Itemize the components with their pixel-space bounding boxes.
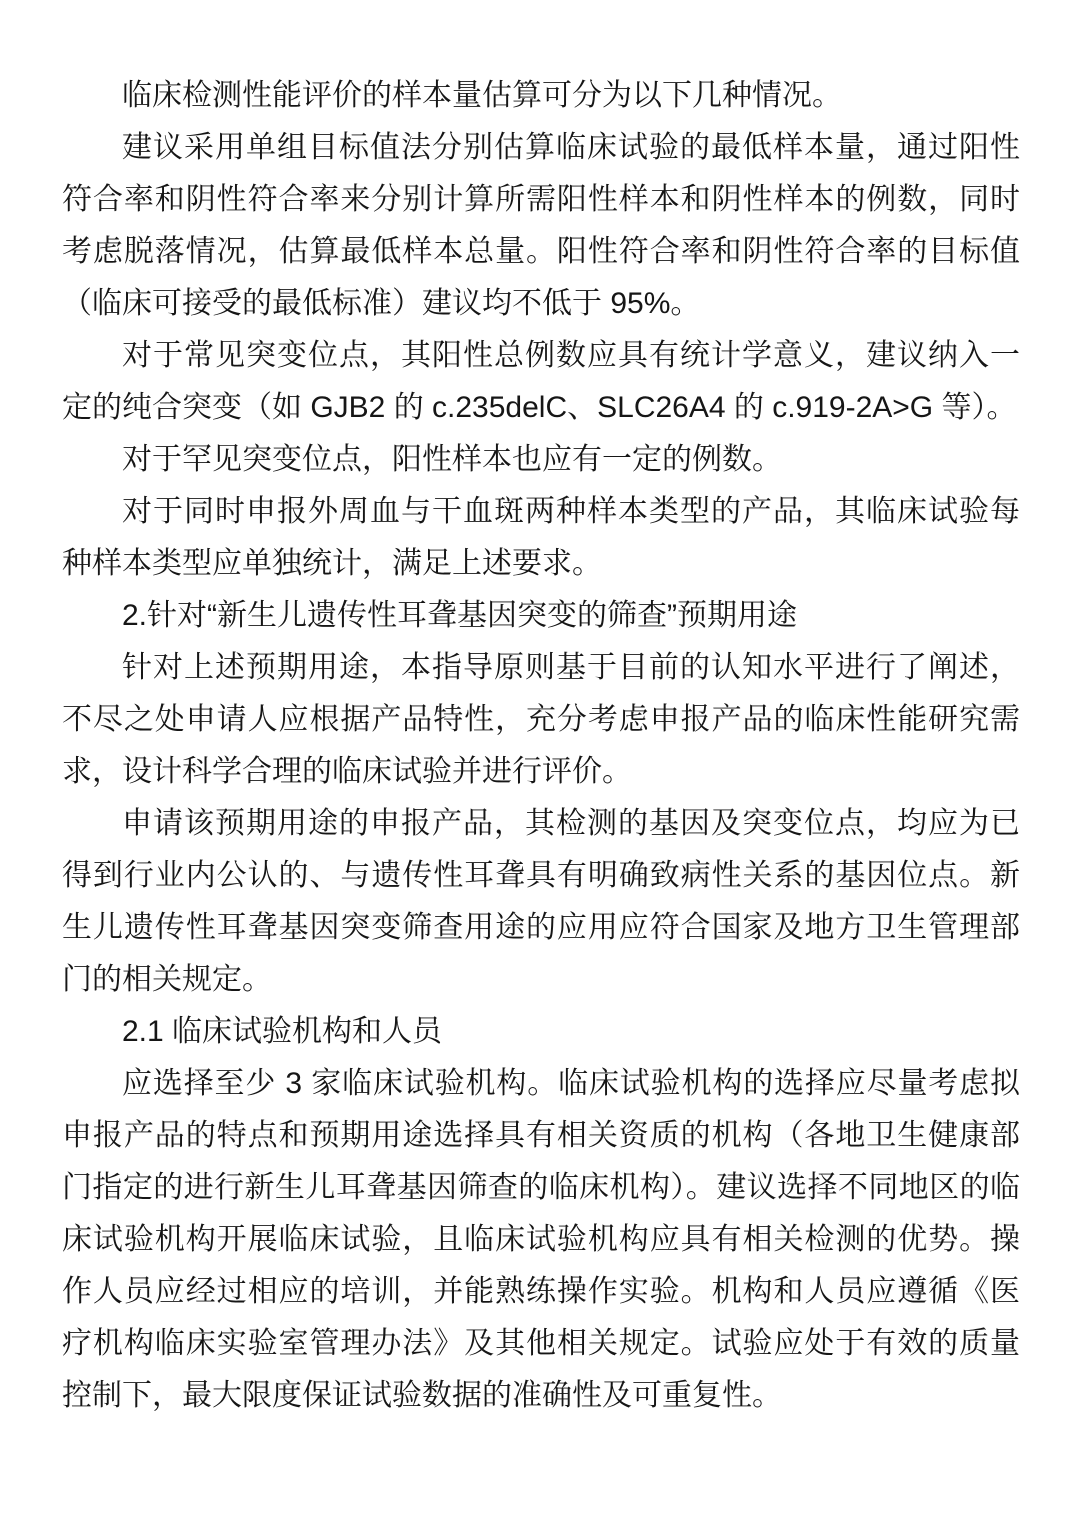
paragraph: 临床检测性能评价的样本量估算可分为以下几种情况。 [62, 70, 1020, 122]
paragraph: 针对上述预期用途，本指导原则基于目前的认知水平进行了阐述，不尽之处申请人应根据产… [62, 642, 1020, 798]
paragraph: 建议采用单组目标值法分别估算临床试验的最低样本量，通过阳性符合率和阴性符合率来分… [62, 122, 1020, 330]
paragraph: 对于常见突变位点，其阳性总例数应具有统计学意义，建议纳入一定的纯合突变（如 GJ… [62, 330, 1020, 434]
paragraph: 申请该预期用途的申报产品，其检测的基因及突变位点，均应为已得到行业内公认的、与遗… [62, 798, 1020, 1006]
paragraph: 对于罕见突变位点，阳性样本也应有一定的例数。 [62, 434, 1020, 486]
document-page: 临床检测性能评价的样本量估算可分为以下几种情况。建议采用单组目标值法分别估算临床… [0, 0, 1080, 1527]
paragraph: 应选择至少 3 家临床试验机构。临床试验机构的选择应尽量考虑拟申报产品的特点和预… [62, 1058, 1020, 1422]
section-heading: 2.针对“新生儿遗传性耳聋基因突变的筛查”预期用途 [62, 590, 1020, 642]
subsection-heading: 2.1 临床试验机构和人员 [62, 1006, 1020, 1058]
document-body: 临床检测性能评价的样本量估算可分为以下几种情况。建议采用单组目标值法分别估算临床… [62, 70, 1020, 1422]
paragraph: 对于同时申报外周血与干血斑两种样本类型的产品，其临床试验每种样本类型应单独统计，… [62, 486, 1020, 590]
